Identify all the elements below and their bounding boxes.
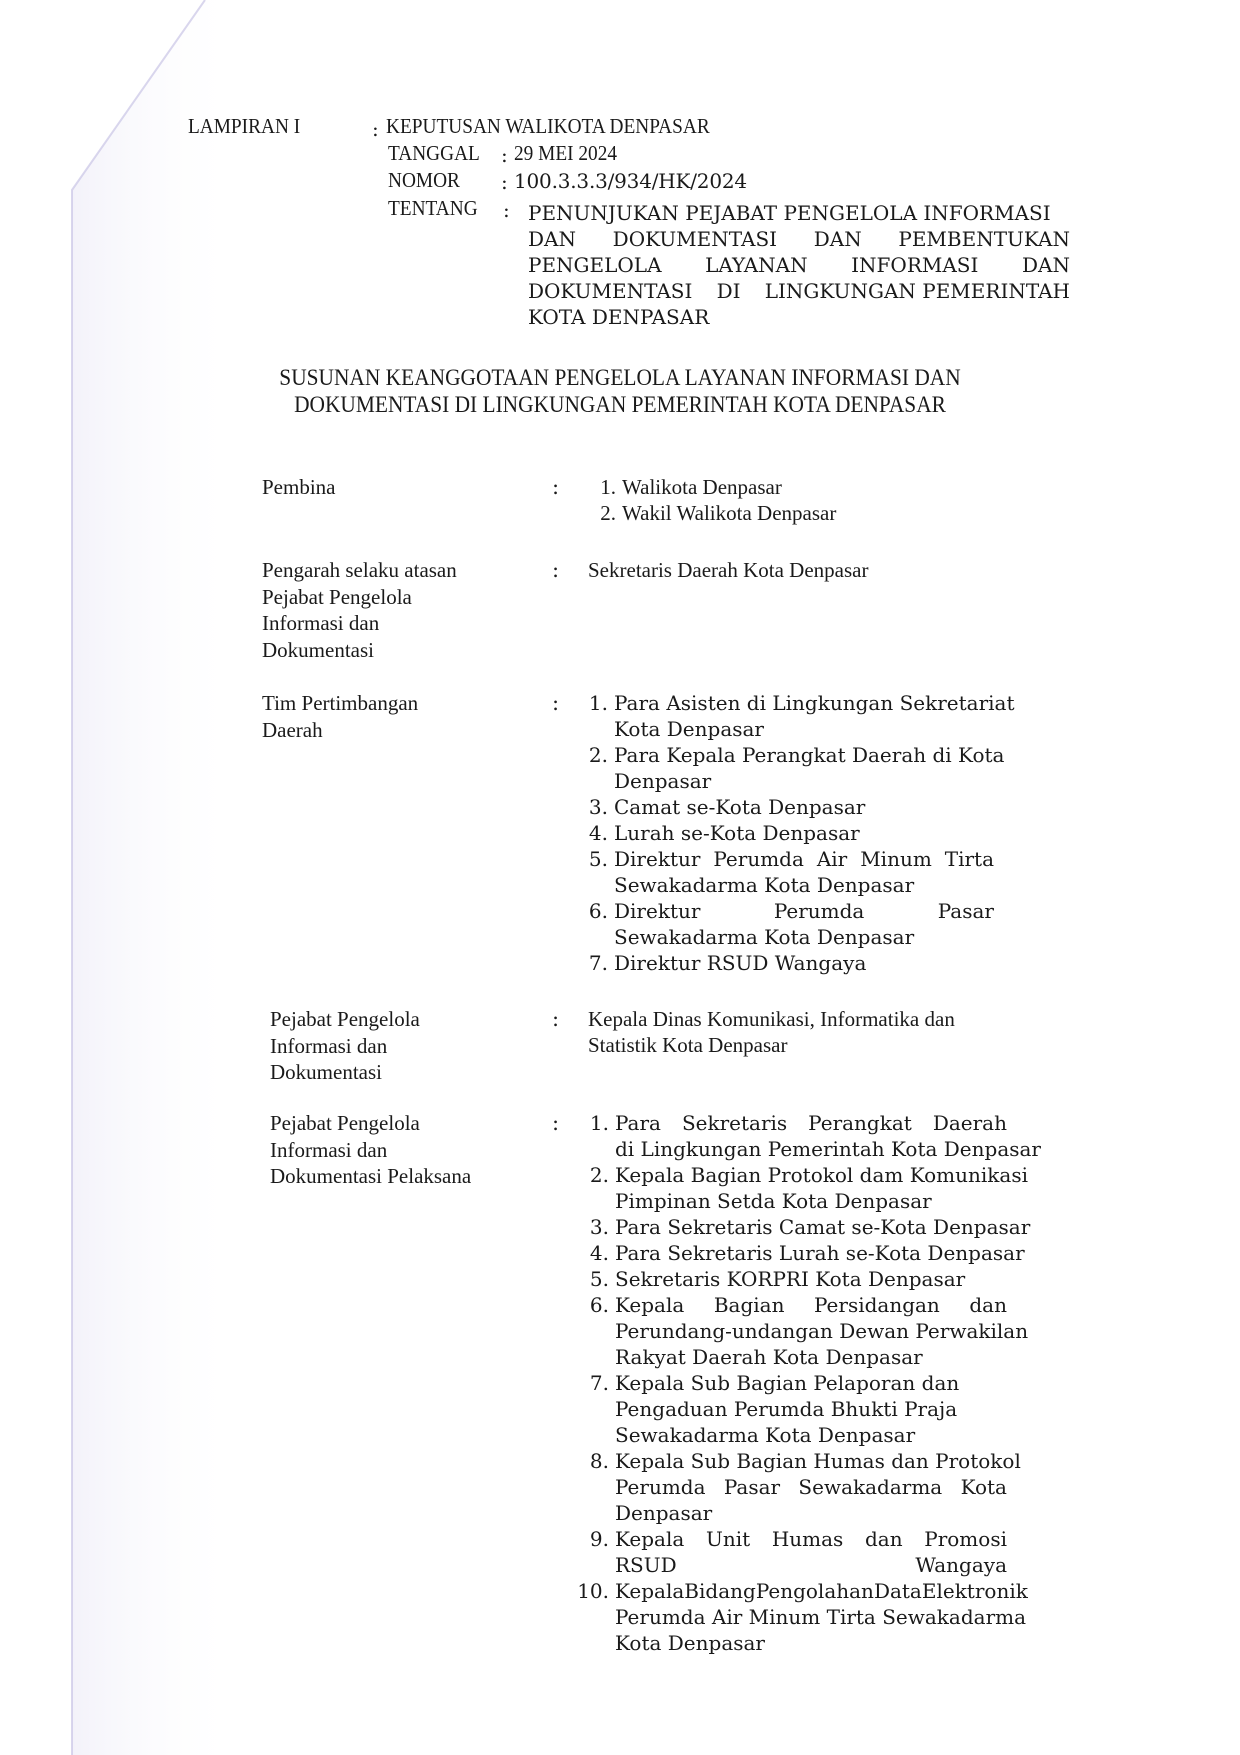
list-item-number: 2. (580, 742, 608, 794)
tanggal-label: TANGGAL (388, 141, 480, 166)
list-item: 9.KepalaUnitHumasdanPromosiRSUDWangaya (575, 1526, 1041, 1578)
list-item-number: 8. (575, 1448, 609, 1526)
list-item: 2.Para Kepala Perangkat Daerah di KotaDe… (580, 742, 1015, 794)
section-label: Pejabat PengelolaInformasi danDokumentas… (270, 1110, 471, 1190)
list-item-number: 6. (575, 1292, 609, 1370)
list-item-number: 9. (575, 1526, 609, 1578)
section-value: 1.ParaSekretarisPerangkatDaerahdi Lingku… (575, 1110, 1041, 1656)
section-value: 1.Walikota Denpasar2.Wakil Walikota Denp… (588, 474, 836, 526)
list-item: 1.Walikota Denpasar (588, 474, 836, 500)
list-item-text: Sekretaris KORPRI Kota Denpasar (615, 1266, 965, 1292)
list-item-number: 2. (575, 1162, 609, 1214)
section-label-line: Pejabat Pengelola (270, 1006, 420, 1033)
list-item-text: Walikota Denpasar (622, 474, 782, 500)
list-item-text: Para Sekretaris Camat se-Kota Denpasar (615, 1214, 1030, 1240)
section-value: 1.Para Asisten di Lingkungan Sekretariat… (580, 690, 1015, 976)
nomor-colon: : (501, 169, 508, 195)
list-item: 8.Kepala Sub Bagian Humas dan ProtokolPe… (575, 1448, 1041, 1526)
list-item-text: DirekturPerumdaAirMinumTirtaSewakadarma … (614, 846, 994, 898)
list-item-text: ParaSekretarisPerangkatDaerahdi Lingkung… (615, 1110, 1041, 1162)
section-colon: : (552, 474, 559, 500)
list-item: 3.Camat se-Kota Denpasar (580, 794, 1015, 820)
tentang-line: KOTA DENPASAR (528, 304, 1070, 330)
section-label-line: Dokumentasi (262, 637, 457, 664)
section-colon: : (552, 1110, 559, 1136)
section-label-line: Informasi dan (262, 610, 457, 637)
list-item: 5.DirekturPerumdaAirMinumTirtaSewakadarm… (580, 846, 1015, 898)
lampiran-label: LAMPIRAN I (188, 114, 300, 139)
list-item-number: 6. (580, 898, 608, 950)
list-item-text: KepalaBidangPengolahanDataElektronikPeru… (615, 1578, 1026, 1656)
list-item-text: Kepala Sub Bagian Pelaporan danPengaduan… (615, 1370, 959, 1448)
section-label: Pengarah selaku atasanPejabat PengelolaI… (262, 557, 457, 663)
list-item-number: 7. (575, 1370, 609, 1448)
tanggal-value: 29 MEI 2024 (514, 141, 617, 166)
list-item-number: 10. (575, 1578, 609, 1656)
list-item-number: 5. (580, 846, 608, 898)
tentang-line: DOKUMENTASIDILINGKUNGAN PEMERINTAH (528, 278, 1070, 304)
section-colon: : (552, 557, 559, 583)
list-item: 5.Sekretaris KORPRI Kota Denpasar (575, 1266, 1041, 1292)
list-item-text: Direktur RSUD Wangaya (614, 950, 866, 976)
list-item: 4.Para Sekretaris Lurah se-Kota Denpasar (575, 1240, 1041, 1266)
list-item-text: DirekturPerumdaPasarSewakadarma Kota Den… (614, 898, 994, 950)
tentang-colon: : (503, 197, 510, 223)
section-colon: : (552, 1006, 559, 1032)
list-item-text: Kepala Sub Bagian Humas dan ProtokolPeru… (615, 1448, 1021, 1526)
section-label-line: Pejabat Pengelola (270, 1110, 471, 1137)
list-item: 6.KepalaBagianPersidangandanPerundang-un… (575, 1292, 1041, 1370)
section-colon: : (552, 690, 559, 716)
tentang-line: PENUNJUKAN PEJABAT PENGELOLA INFORMASI (528, 200, 1070, 226)
section-label-line: Informasi dan (270, 1137, 471, 1164)
nomor-label: NOMOR (388, 168, 460, 193)
list-item-text: Lurah se-Kota Denpasar (614, 820, 860, 846)
tanggal-colon: : (501, 142, 508, 168)
list-item: 6.DirekturPerumdaPasarSewakadarma Kota D… (580, 898, 1015, 950)
list-item-text: Para Sekretaris Lurah se-Kota Denpasar (615, 1240, 1025, 1266)
document-title-line-2: DOKUMENTASI DI LINGKUNGAN PEMERINTAH KOT… (43, 391, 1196, 418)
section-label: Pejabat PengelolaInformasi danDokumentas… (270, 1006, 420, 1086)
list-item: 10.KepalaBidangPengolahanDataElektronikP… (575, 1578, 1041, 1656)
list-item: 2.Wakil Walikota Denpasar (588, 500, 836, 526)
list-item-number: 3. (580, 794, 608, 820)
scan-fold-edge (0, 0, 240, 1755)
list-item-number: 7. (580, 950, 608, 976)
list-item-number: 1. (580, 690, 608, 742)
section-label-line: Dokumentasi Pelaksana (270, 1163, 471, 1190)
list-item-number: 3. (575, 1214, 609, 1240)
list-item-number: 1. (575, 1110, 609, 1162)
list-item: 4.Lurah se-Kota Denpasar (580, 820, 1015, 846)
section-value: Kepala Dinas Komunikasi, Informatika dan… (588, 1006, 955, 1058)
list-item-number: 2. (588, 500, 616, 526)
tentang-label: TENTANG (388, 196, 478, 221)
section-label: Tim PertimbanganDaerah (262, 690, 418, 743)
section-label: Pembina (262, 474, 336, 501)
document-title-line-1: SUSUNAN KEANGGOTAAN PENGELOLA LAYANAN IN… (43, 364, 1196, 391)
list-item-number: 4. (575, 1240, 609, 1266)
list-item: 1.Para Asisten di Lingkungan Sekretariat… (580, 690, 1015, 742)
tentang-text: PENUNJUKAN PEJABAT PENGELOLA INFORMASIDA… (528, 200, 1070, 330)
list-item: 3.Para Sekretaris Camat se-Kota Denpasar (575, 1214, 1041, 1240)
list-item-number: 1. (588, 474, 616, 500)
section-label-line: Pembina (262, 474, 336, 501)
list-item-text: Kepala Bagian Protokol dam KomunikasiPim… (615, 1162, 1028, 1214)
section-label-line: Informasi dan (270, 1033, 420, 1060)
header-colon: : (372, 116, 379, 142)
list-item: 7.Kepala Sub Bagian Pelaporan danPengadu… (575, 1370, 1041, 1448)
list-item: 7.Direktur RSUD Wangaya (580, 950, 1015, 976)
nomor-value: 100.3.3.3/934/HK/2024 (514, 168, 747, 194)
list-item-text: KepalaUnitHumasdanPromosiRSUDWangaya (615, 1526, 1007, 1578)
list-item-text: Wakil Walikota Denpasar (622, 500, 836, 526)
section-label-line: Daerah (262, 717, 418, 744)
list-item-text: KepalaBagianPersidangandanPerundang-unda… (615, 1292, 1028, 1370)
list-item: 1.ParaSekretarisPerangkatDaerahdi Lingku… (575, 1110, 1041, 1162)
section-label-line: Pejabat Pengelola (262, 584, 457, 611)
list-item-text: Camat se-Kota Denpasar (614, 794, 865, 820)
section-label-line: Pengarah selaku atasan (262, 557, 457, 584)
list-item-text: Para Kepala Perangkat Daerah di KotaDenp… (614, 742, 1004, 794)
section-label-line: Tim Pertimbangan (262, 690, 418, 717)
keputusan-title: KEPUTUSAN WALIKOTA DENPASAR (386, 114, 710, 139)
list-item-number: 5. (575, 1266, 609, 1292)
list-item-number: 4. (580, 820, 608, 846)
section-label-line: Dokumentasi (270, 1059, 420, 1086)
list-item-text: Para Asisten di Lingkungan SekretariatKo… (614, 690, 1015, 742)
list-item: 2.Kepala Bagian Protokol dam KomunikasiP… (575, 1162, 1041, 1214)
tentang-line: DANDOKUMENTASIDANPEMBENTUKAN (528, 226, 1070, 252)
tentang-line: PENGELOLALAYANANINFORMASIDAN (528, 252, 1070, 278)
section-value: Sekretaris Daerah Kota Denpasar (588, 557, 868, 583)
